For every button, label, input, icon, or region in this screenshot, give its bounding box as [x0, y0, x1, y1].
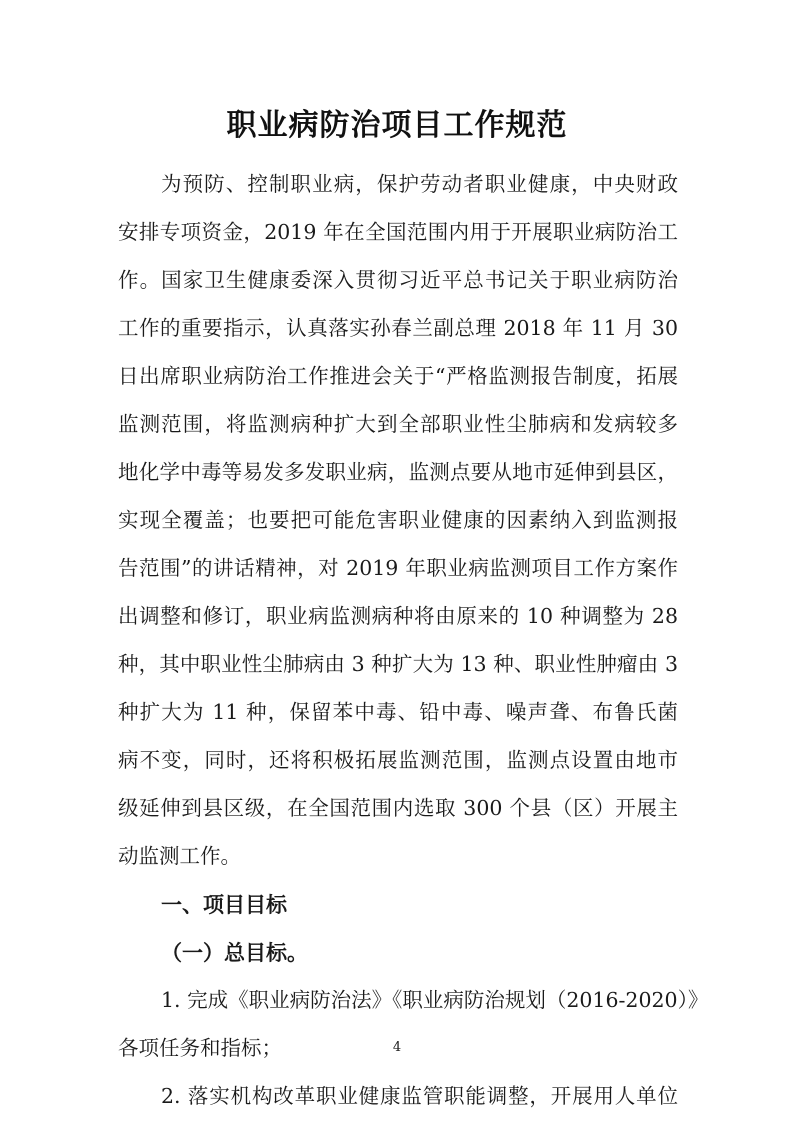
document-title: 职业病防治项目工作规范 — [0, 100, 794, 144]
paragraph-line: 为预防、控制职业病，保护劳动者职业健康，中央财政 — [161, 169, 678, 199]
paragraph-line: 告范围”的讲话精神，对 2019 年职业病监测项目工作方案作 — [118, 553, 678, 583]
subsection-heading: （一）总目标。 — [161, 937, 308, 967]
list-item-line: 1. 完成《职业病防治法》《职业病防治规划（2016-2020）》 — [161, 985, 678, 1015]
paragraph-line: 监测范围，将监测病种扩大到全部职业性尘肺病和发病较多 — [118, 409, 678, 439]
paragraph-line: 地化学中毒等易发多发职业病，监测点要从地市延伸到县区， — [118, 457, 678, 487]
paragraph-line: 工作的重要指示，认真落实孙春兰副总理 2018 年 11 月 30 — [118, 313, 678, 343]
paragraph-line: 种，其中职业性尘肺病由 3 种扩大为 13 种、职业性肿瘤由 3 — [118, 649, 678, 679]
paragraph-line: 级延伸到县区级，在全国范围内选取 300 个县（区）开展主 — [118, 793, 678, 823]
paragraph-line: 实现全覆盖；也要把可能危害职业健康的因素纳入到监测报 — [118, 505, 678, 535]
paragraph-line: 病不变，同时，还将积极拓展监测范围，监测点设置由地市 — [118, 745, 678, 775]
list-item-line: 2. 落实机构改革职业健康监管职能调整，开展用人单位 — [161, 1081, 678, 1111]
section-heading: 一、项目目标 — [161, 889, 287, 919]
page-number: 4 — [0, 1040, 794, 1055]
paragraph-line: 动监测工作。 — [118, 841, 678, 871]
paragraph-line: 作。国家卫生健康委深入贯彻习近平总书记关于职业病防治 — [118, 265, 678, 295]
paragraph-line: 出调整和修订，职业病监测病种将由原来的 10 种调整为 28 — [118, 601, 678, 631]
paragraph-line: 安排专项资金，2019 年在全国范围内用于开展职业病防治工 — [118, 217, 678, 247]
paragraph-line: 日出席职业病防治工作推进会关于“严格监测报告制度，拓展 — [118, 361, 678, 391]
paragraph-line: 种扩大为 11 种，保留苯中毒、铅中毒、噪声聋、布鲁氏菌 — [118, 697, 678, 727]
